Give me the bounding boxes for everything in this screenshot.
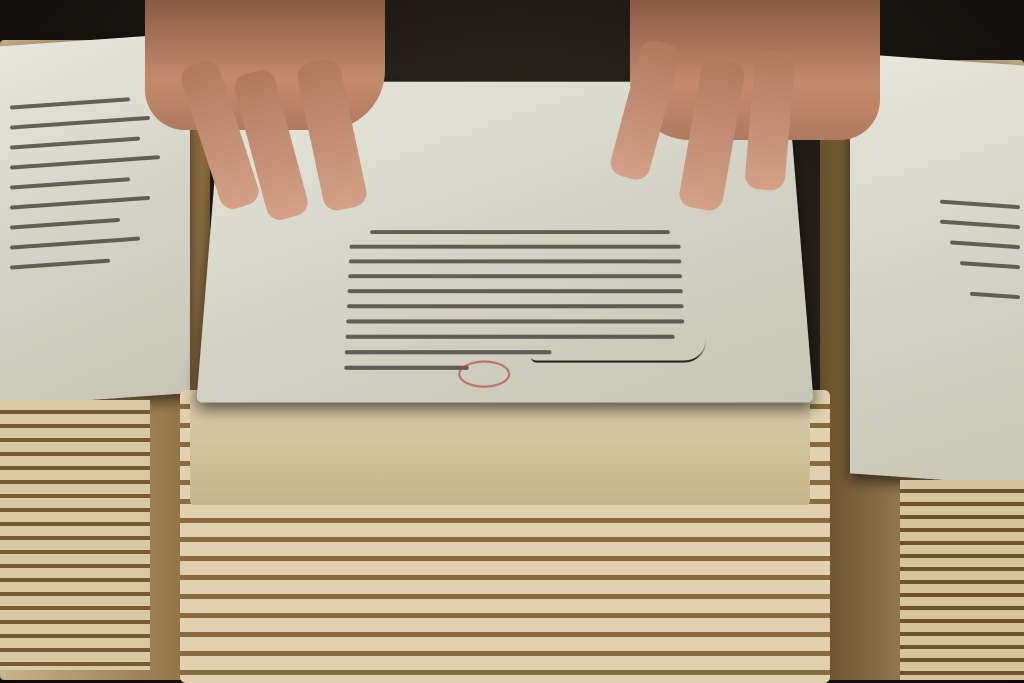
right-top-sheet [850, 53, 1024, 486]
center-aged-sheet [190, 395, 810, 505]
red-stamp [458, 361, 510, 388]
left-stack-edges [0, 400, 150, 670]
signature [531, 340, 707, 363]
right-stack-edges [900, 480, 1024, 680]
